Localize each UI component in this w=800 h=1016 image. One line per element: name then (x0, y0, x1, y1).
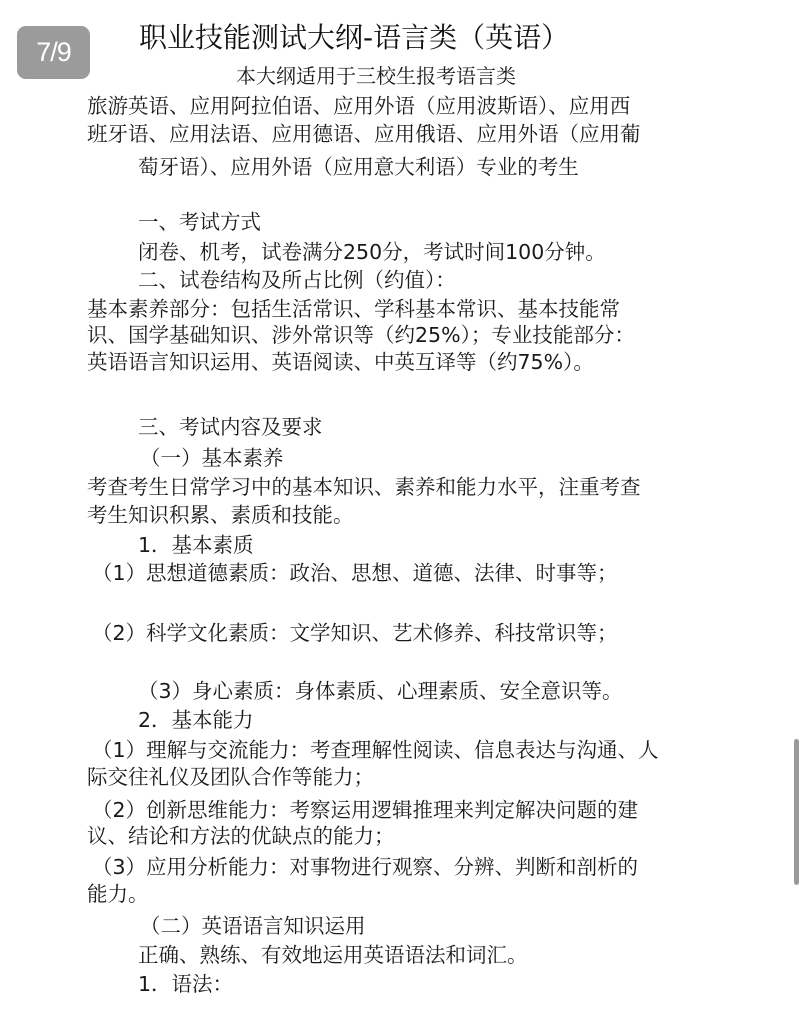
document-subtitle: 本大纲适用于三校生报考语言类 (236, 66, 516, 86)
paragraph-line: 英语语言知识运用、英语阅读、中英互译等（约75%）。 (87, 352, 594, 373)
list-item: （3）身心素质：身体素质、心理素质、安全意识等。 (138, 681, 623, 702)
paragraph: 正确、熟练、有效地运用英语语法和词汇。 (138, 945, 528, 966)
paragraph-line: 识、国学基础知识、涉外常识等（约25%）；专业技能部分： (87, 325, 635, 346)
list-item: （3）应用分析能力：对事物进行观察、分辨、判断和剖析的 (92, 857, 638, 878)
intro-line: 班牙语、应用法语、应用德语、应用俄语、应用外语（应用葡 (87, 124, 641, 145)
list-item: （2）科学文化素质：文学知识、艺术修养、科技常识等； (92, 623, 618, 644)
paragraph-line: 考生知识积累、素质和技能。 (87, 505, 354, 526)
section-heading: 一、考试方式 (138, 212, 261, 233)
page-indicator: 7/9 (17, 26, 90, 79)
section-heading: 三、考试内容及要求 (138, 417, 323, 438)
vertical-scrollbar[interactable] (794, 739, 799, 885)
section-heading: 二、试卷结构及所占比例（约值）： (138, 270, 456, 291)
intro-line: 旅游英语、应用阿拉伯语、应用外语（应用波斯语）、应用西 (87, 96, 630, 117)
paragraph: 闭卷、机考，试卷满分250分，考试时间100分钟。 (138, 242, 606, 263)
paragraph-line: 考查考生日常学习中的基本知识、素养和能力水平，注重考查 (87, 477, 641, 498)
document-title: 职业技能测试大纲-语言类（英语） (139, 24, 569, 52)
list-item-continuation: 能力。 (87, 884, 149, 905)
list-item: （1）思想道德素质：政治、思想、道德、法律、时事等； (92, 563, 618, 584)
item-heading: 1．基本素质 (138, 535, 254, 556)
item-heading: 2．基本能力 (138, 710, 254, 731)
subsection-heading: （一）基本素养 (140, 448, 284, 469)
subsection-heading: （二）英语语言知识运用 (140, 916, 366, 937)
list-item-continuation: 议、结论和方法的优缺点的能力； (87, 826, 395, 847)
intro-line: 萄牙语）、应用外语（应用意大利语）专业的考生 (138, 157, 579, 178)
paragraph-line: 基本素养部分：包括生活常识、学科基本常识、基本技能常 (87, 299, 620, 320)
item-heading: 1．语法： (138, 974, 233, 995)
list-item: （2）创新思维能力：考察运用逻辑推理来判定解决问题的建 (92, 800, 638, 821)
list-item: （1）理解与交流能力：考查理解性阅读、信息表达与沟通、人 (92, 740, 659, 761)
list-item-continuation: 际交往礼仪及团队合作等能力； (87, 767, 374, 788)
